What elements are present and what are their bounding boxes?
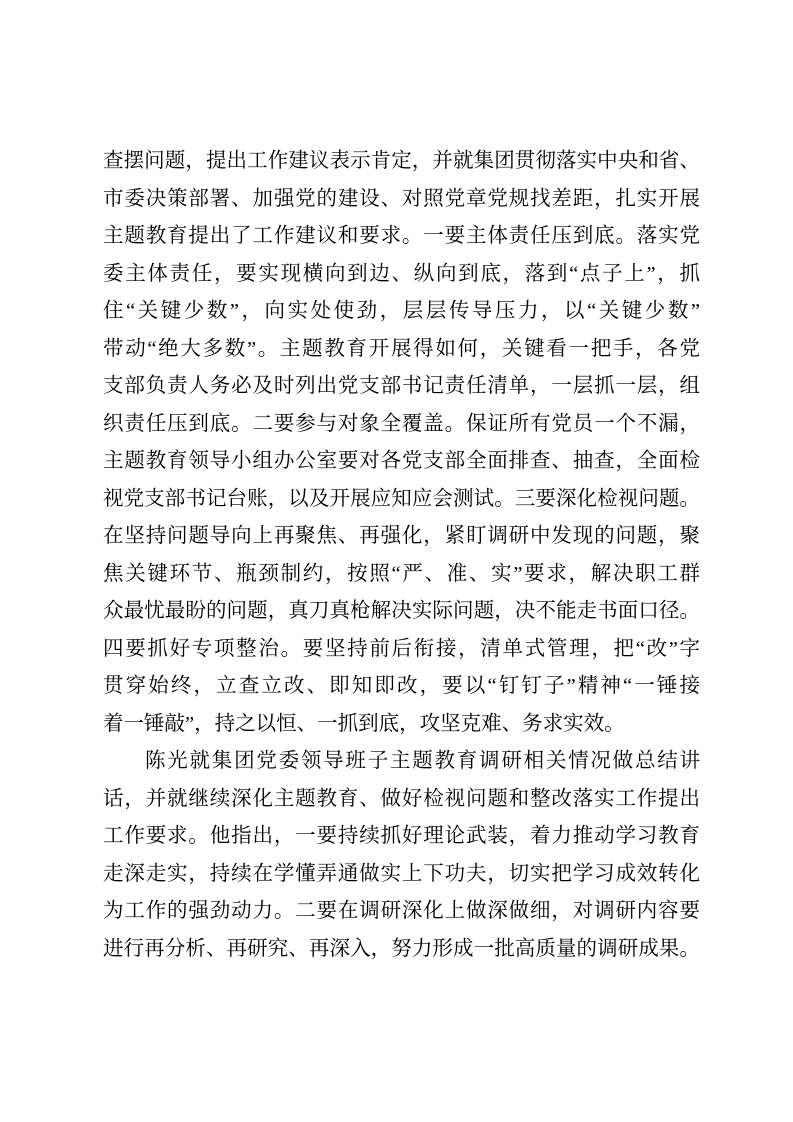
text-line: 进行再分析、再研究、再深入，努力形成一批高质量的调研成果。 xyxy=(103,931,700,969)
text-line: 四要抓好专项整治。要坚持前后衔接，清单式管理，把“改”字 xyxy=(103,631,700,669)
text-line: 带动“绝大多数”。主题教育开展得如何，关键看一把手，各党 xyxy=(103,331,700,369)
text-line: 陈光就集团党委领导班子主题教育调研相关情况做总结讲 xyxy=(103,743,700,781)
text-line: 住“关键少数”，向实处使劲，层层传导压力，以“关键少数” xyxy=(103,293,700,331)
text-line: 着一锤敲”，持之以恒、一抓到底，攻坚克难、务求实效。 xyxy=(103,706,700,744)
document-text-block: 查摆问题，提出工作建议表示肯定，并就集团贯彻落实中央和省、 市委决策部署、加强党… xyxy=(103,143,700,968)
paragraph-1: 查摆问题，提出工作建议表示肯定，并就集团贯彻落实中央和省、 市委决策部署、加强党… xyxy=(103,143,700,743)
document-page: 查摆问题，提出工作建议表示肯定，并就集团贯彻落实中央和省、 市委决策部署、加强党… xyxy=(0,0,793,1122)
text-line: 支部负责人务必及时列出党支部书记责任清单，一层抓一层，组 xyxy=(103,368,700,406)
text-line: 主题教育提出了工作建议和要求。一要主体责任压到底。落实党 xyxy=(103,218,700,256)
text-line: 工作要求。他指出，一要持续抓好理论武装，着力推动学习教育 xyxy=(103,818,700,856)
paragraph-2: 陈光就集团党委领导班子主题教育调研相关情况做总结讲 话，并就继续深化主题教育、做… xyxy=(103,743,700,968)
text-line: 贯穿始终，立查立改、即知即改，要以“钉钉子”精神“一锤接 xyxy=(103,668,700,706)
text-line: 委主体责任，要实现横向到边、纵向到底，落到“点子上”，抓 xyxy=(103,256,700,294)
text-line: 话，并就继续深化主题教育、做好检视问题和整改落实工作提出 xyxy=(103,781,700,819)
text-line: 织责任压到底。二要参与对象全覆盖。保证所有党员一个不漏， xyxy=(103,406,700,444)
text-line: 在坚持问题导向上再聚焦、再强化，紧盯调研中发现的问题，聚 xyxy=(103,518,700,556)
text-line: 视党支部书记台账，以及开展应知应会测试。三要深化检视问题。 xyxy=(103,481,700,519)
text-line: 焦关键环节、瓶颈制约，按照“严、准、实”要求，解决职工群 xyxy=(103,556,700,594)
text-line: 众最忧最盼的问题，真刀真枪解决实际问题，决不能走书面口径。 xyxy=(103,593,700,631)
text-line: 市委决策部署、加强党的建设、对照党章党规找差距，扎实开展 xyxy=(103,181,700,219)
text-line: 查摆问题，提出工作建议表示肯定，并就集团贯彻落实中央和省、 xyxy=(103,143,700,181)
text-line: 主题教育领导小组办公室要对各党支部全面排查、抽查，全面检 xyxy=(103,443,700,481)
text-line: 走深走实，持续在学懂弄通做实上下功夫，切实把学习成效转化 xyxy=(103,856,700,894)
text-line: 为工作的强劲动力。二要在调研深化上做深做细，对调研内容要 xyxy=(103,893,700,931)
